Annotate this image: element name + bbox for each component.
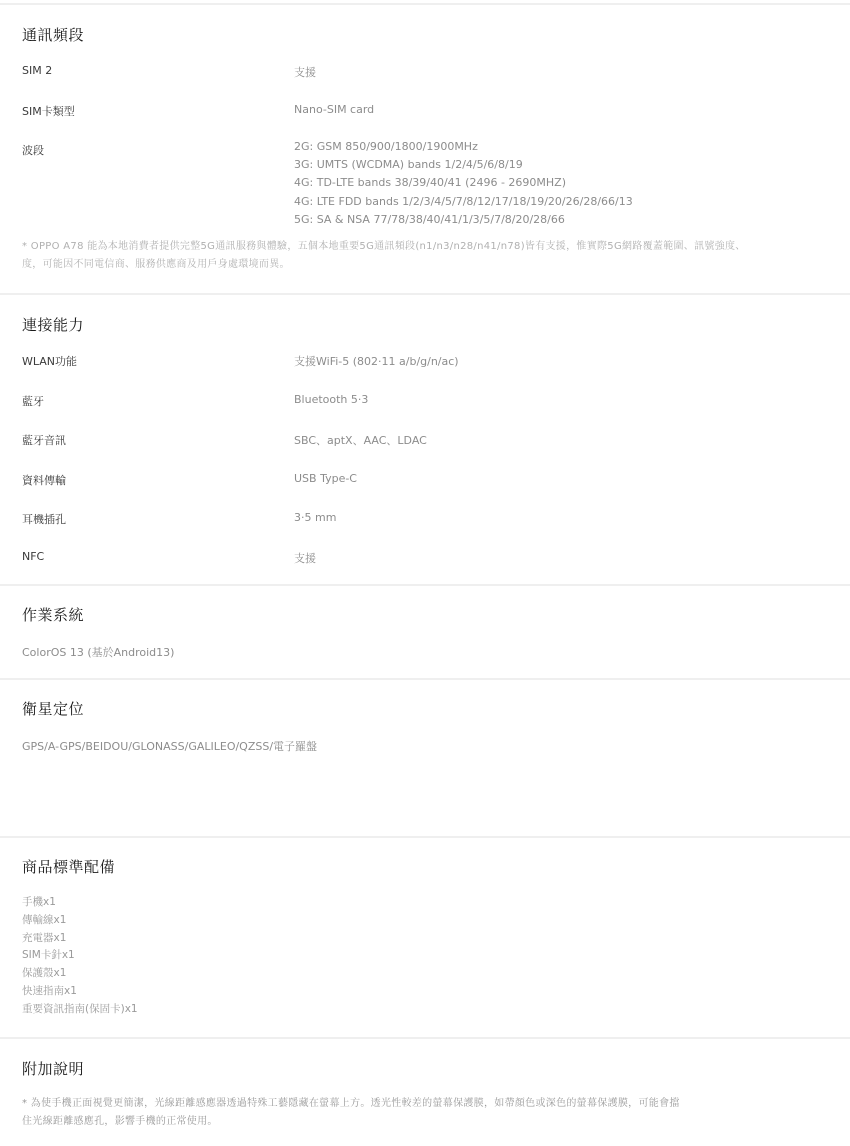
in-box-item: 重要資訊指南(保固卡)x1 xyxy=(22,1001,138,1019)
top-divider xyxy=(0,3,850,5)
in-box-item: 傳輸線x1 xyxy=(22,912,138,930)
network-disclaimer-line1: * OPPO A78 能為本地消費者提供完整5G通訊服務與體驗，五個本地重要5G… xyxy=(22,238,812,256)
in-box-item: SIM卡針x1 xyxy=(22,947,138,965)
divider-positioning-inbox xyxy=(0,836,850,838)
spec-value-bt-audio: SBC、aptX、AAC、LDAC xyxy=(294,432,427,448)
spec-label-bands: 波段 xyxy=(22,142,44,158)
spec-label-nfc: NFC xyxy=(22,550,44,563)
spec-value-wlan: 支援WiFi-5 (802·11 a/b/g/n/ac) xyxy=(294,353,459,369)
os-value: ColorOS 13 (基於Android13) xyxy=(22,644,174,660)
spec-label-bt-audio: 藍牙音訊 xyxy=(22,432,66,448)
in-box-item: 保護殼x1 xyxy=(22,965,138,983)
section-title-positioning: 衛星定位 xyxy=(22,698,84,719)
in-box-item: 快速指南x1 xyxy=(22,983,138,1001)
spec-label-data-transfer: 資料傳輸 xyxy=(22,472,66,488)
band-4g-tdd: 4G: TD-LTE bands 38/39/40/41 (2496 - 269… xyxy=(294,174,633,192)
band-3g: 3G: UMTS (WCDMA) bands 1/2/4/5/6/8/19 xyxy=(294,156,633,174)
band-4g-fdd: 4G: LTE FDD bands 1/2/3/4/5/7/8/12/17/18… xyxy=(294,193,633,211)
divider-os-positioning xyxy=(0,678,850,680)
spec-label-headphone-jack: 耳機插孔 xyxy=(22,511,66,527)
in-box-list: 手機x1 傳輸線x1 充電器x1 SIM卡針x1 保護殼x1 快速指南x1 重要… xyxy=(22,894,138,1019)
spec-label-sim2: SIM 2 xyxy=(22,64,52,77)
spec-value-headphone-jack: 3·5 mm xyxy=(294,511,336,524)
network-disclaimer: * OPPO A78 能為本地消費者提供完整5G通訊服務與體驗，五個本地重要5G… xyxy=(22,238,812,274)
spec-value-bands: 2G: GSM 850/900/1800/1900MHz 3G: UMTS (W… xyxy=(294,138,633,229)
spec-value-sim2: 支援 xyxy=(294,64,316,80)
divider-connectivity-os xyxy=(0,584,850,586)
band-2g: 2G: GSM 850/900/1800/1900MHz xyxy=(294,138,633,156)
spec-value-bluetooth: Bluetooth 5·3 xyxy=(294,393,368,406)
divider-inbox-notes xyxy=(0,1037,850,1039)
section-title-os: 作業系統 xyxy=(22,604,84,625)
positioning-value: GPS/A-GPS/BEIDOU/GLONASS/GALILEO/QZSS/電子… xyxy=(22,738,317,754)
network-disclaimer-line2: 度，可能因不同電信商、服務供應商及用戶身處環境而異。 xyxy=(22,256,812,274)
section-title-notes: 附加說明 xyxy=(22,1058,84,1079)
spec-label-sim-type: SIM卡類型 xyxy=(22,103,75,119)
spec-value-sim-type: Nano-SIM card xyxy=(294,103,374,116)
section-title-connectivity: 連接能力 xyxy=(22,314,84,335)
notes-text: * 為使手機正面視覺更簡潔，光線距離感應器透過特殊工藝隱藏在螢幕上方。透光性較差… xyxy=(22,1095,812,1131)
divider-network-connectivity xyxy=(0,293,850,295)
notes-text-line1: * 為使手機正面視覺更簡潔，光線距離感應器透過特殊工藝隱藏在螢幕上方。透光性較差… xyxy=(22,1095,812,1113)
section-title-in-box: 商品標準配備 xyxy=(22,856,115,877)
spec-label-wlan: WLAN功能 xyxy=(22,353,77,369)
notes-text-line2: 住光線距離感應孔，影響手機的正常使用。 xyxy=(22,1113,812,1131)
section-title-network: 通訊頻段 xyxy=(22,24,84,45)
in-box-item: 手機x1 xyxy=(22,894,138,912)
spec-label-bluetooth: 藍牙 xyxy=(22,393,44,409)
spec-value-data-transfer: USB Type-C xyxy=(294,472,357,485)
in-box-item: 充電器x1 xyxy=(22,930,138,948)
band-5g: 5G: SA & NSA 77/78/38/40/41/1/3/5/7/8/20… xyxy=(294,211,633,229)
spec-value-nfc: 支援 xyxy=(294,550,316,566)
